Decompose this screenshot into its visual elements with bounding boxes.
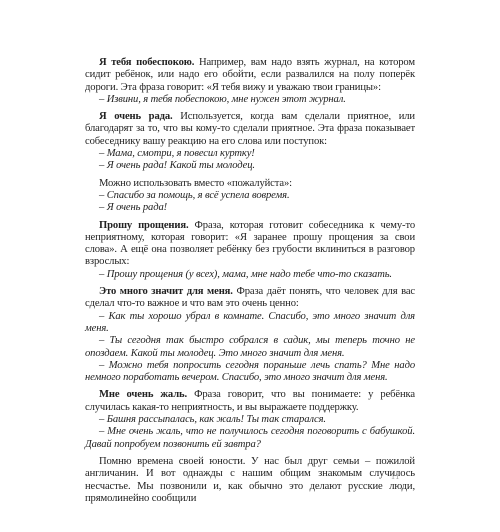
dialogue-line: – Я очень рада! — [85, 202, 415, 214]
phrase-paragraph: Я очень рада. Используется, когда вам сд… — [85, 111, 415, 148]
phrase-section: Я тебя побеспокою. Например, вам надо вз… — [85, 57, 415, 106]
dialogue-line: – Я очень рада! Какой ты молодец. — [85, 160, 415, 172]
dialogue-line: – Спасибо за помощь, я всё успела воврем… — [85, 190, 415, 202]
page-number: 11 — [391, 472, 400, 482]
phrase-lead: Мне очень жаль. — [99, 389, 187, 400]
phrase-paragraph: Я тебя побеспокою. Например, вам надо вз… — [85, 57, 415, 94]
dialogue-line: – Как ты хорошо убрал в комнате. Спасибо… — [85, 311, 415, 336]
dialogue-line: – Башня рассыпалась, как жаль! Ты так ст… — [85, 414, 415, 426]
phrase-lead: Это много значит для меня. — [99, 286, 233, 297]
phrase-paragraph: Можно использовать вместо «пожалуйста»: — [85, 178, 415, 190]
phrase-lead: Я очень рада. — [99, 111, 173, 122]
phrase-section: Я очень рада. Используется, когда вам сд… — [85, 111, 415, 172]
phrase-body: Помню времена своей юности. У нас был др… — [85, 456, 415, 504]
story-paragraph: Помню времена своей юности. У нас был др… — [85, 456, 415, 505]
dialogue-line: – Извини, я тебя побеспокою, мне нужен э… — [85, 94, 415, 106]
dialogue-line: – Можно тебя попросить сегодня пораньше … — [85, 360, 415, 385]
dialogue-line: – Ты сегодня так быстро собрался в садик… — [85, 335, 415, 360]
dialogue-line: – Прошу прощения (у всех), мама, мне над… — [85, 269, 415, 281]
phrase-lead: Прошу прощения. — [99, 220, 189, 231]
phrase-section: Это много значит для меня. Фраза даёт по… — [85, 286, 415, 384]
phrase-section: Можно использовать вместо «пожалуйста»: … — [85, 178, 415, 215]
text-block: Я тебя побеспокою. Например, вам надо вз… — [85, 57, 415, 510]
phrase-body: Можно использовать вместо «пожалуйста»: — [99, 178, 292, 189]
phrase-paragraph: Прошу прощения. Фраза, которая готовит с… — [85, 220, 415, 269]
dialogue-line: – Мама, смотри, я повесил куртку! — [85, 148, 415, 160]
phrase-section: Помню времена своей юности. У нас был др… — [85, 456, 415, 505]
phrase-section: Прошу прощения. Фраза, которая готовит с… — [85, 220, 415, 281]
phrase-paragraph: Это много значит для меня. Фраза даёт по… — [85, 286, 415, 311]
book-page: Я тебя побеспокою. Например, вам надо вз… — [0, 0, 500, 532]
phrase-paragraph: Мне очень жаль. Фраза говорит, что вы по… — [85, 389, 415, 414]
phrase-section: Мне очень жаль. Фраза говорит, что вы по… — [85, 389, 415, 450]
dialogue-line: – Мне очень жаль, что не получилось сего… — [85, 426, 415, 451]
phrase-lead: Я тебя побеспокою. — [99, 57, 194, 68]
